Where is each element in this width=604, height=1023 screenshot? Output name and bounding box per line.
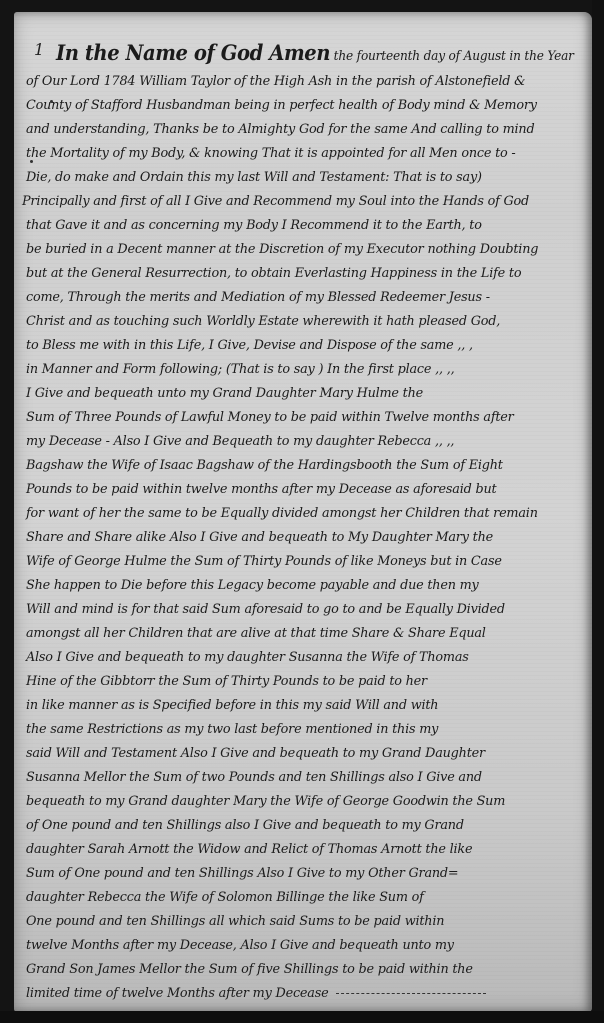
text-line: the same Restrictions as my two last bef…: [26, 722, 438, 737]
text-line: be buried in a Decent manner at the Disc…: [26, 242, 538, 257]
text-line: Also I Give and bequeath to my daughter …: [26, 650, 469, 665]
text-line: Sum of Three Pounds of Lawful Money to b…: [26, 410, 514, 425]
text-line: Pounds to be paid within twelve months a…: [26, 482, 496, 497]
text-line: Principally and first of all I Give and …: [22, 194, 529, 209]
text-line: Hine of the Gibbtorr the Sum of Thirty P…: [26, 674, 427, 689]
text-line: of One pound and ten Shillings also I Gi…: [26, 818, 464, 833]
text-line: the Mortality of my Body, & knowing That…: [26, 146, 516, 161]
text-line-content: limited time of twelve Months after my D…: [26, 986, 328, 1001]
text-line-last: limited time of twelve Months after my D…: [26, 986, 486, 1001]
text-line: Sum of One pound and ten Shillings Also …: [26, 866, 458, 881]
page-shadow-edge: [592, 0, 604, 1023]
text-line: twelve Months after my Decease, Also I G…: [26, 938, 454, 953]
text-line: I Give and bequeath unto my Grand Daught…: [26, 386, 423, 401]
text-line: my Decease - Also I Give and Bequeath to…: [26, 434, 454, 449]
text-line: said Will and Testament Also I Give and …: [26, 746, 485, 761]
text-line: but at the General Resurrection, to obta…: [26, 266, 521, 281]
text-line-1: In the Name of God Amen the fourteenth d…: [56, 40, 574, 65]
text-line: come, Through the merits and Mediation o…: [26, 290, 490, 305]
text-line: daughter Rebecca the Wife of Solomon Bil…: [26, 890, 424, 905]
page-bottom-edge: [0, 1011, 604, 1023]
text-line: Share and Share alike Also I Give and be…: [26, 530, 493, 545]
text-line: Wife of George Hulme the Sum of Thirty P…: [26, 554, 502, 569]
text-line: Die, do make and Ordain this my last Wil…: [26, 170, 482, 185]
text-line: Will and mind is for that said Sum afore…: [26, 602, 505, 617]
text-line: Christ and as touching such Worldly Esta…: [26, 314, 500, 329]
text-line: for want of her the same to be Equally d…: [26, 506, 538, 521]
text-line: County of Stafford Husbandman being in p…: [26, 98, 537, 113]
text-line: Grand Son James Mellor the Sum of five S…: [26, 962, 473, 977]
line-marker: 1: [34, 40, 44, 59]
text-line: in like manner as is Specified before in…: [26, 698, 438, 713]
text-line: to Bless me with in this Life, I Give, D…: [26, 338, 473, 353]
text-line: bequeath to my Grand daughter Mary the W…: [26, 794, 505, 809]
text-line: Bagshaw the Wife of Isaac Bagshaw of the…: [26, 458, 503, 473]
text-line: that Gave it and as concerning my Body I…: [26, 218, 482, 233]
text-line: Susanna Mellor the Sum of two Pounds and…: [26, 770, 482, 785]
text-line: One pound and ten Shillings all which sa…: [26, 914, 444, 929]
text-line-content: the fourteenth day of August in the Year: [334, 49, 574, 64]
text-line: of Our Lord 1784 William Taylor of the H…: [26, 74, 525, 89]
closing-dash-rule: [336, 993, 486, 994]
will-heading: In the Name of God Amen: [56, 40, 330, 65]
text-line: and understanding, Thanks be to Almighty…: [26, 122, 534, 137]
text-line: amongst all her Children that are alive …: [26, 626, 486, 641]
text-line: daughter Sarah Arnott the Widow and Reli…: [26, 842, 472, 857]
text-line: in Manner and Form following; (That is t…: [26, 362, 454, 377]
text-line: She happen to Die before this Legacy bec…: [26, 578, 479, 593]
